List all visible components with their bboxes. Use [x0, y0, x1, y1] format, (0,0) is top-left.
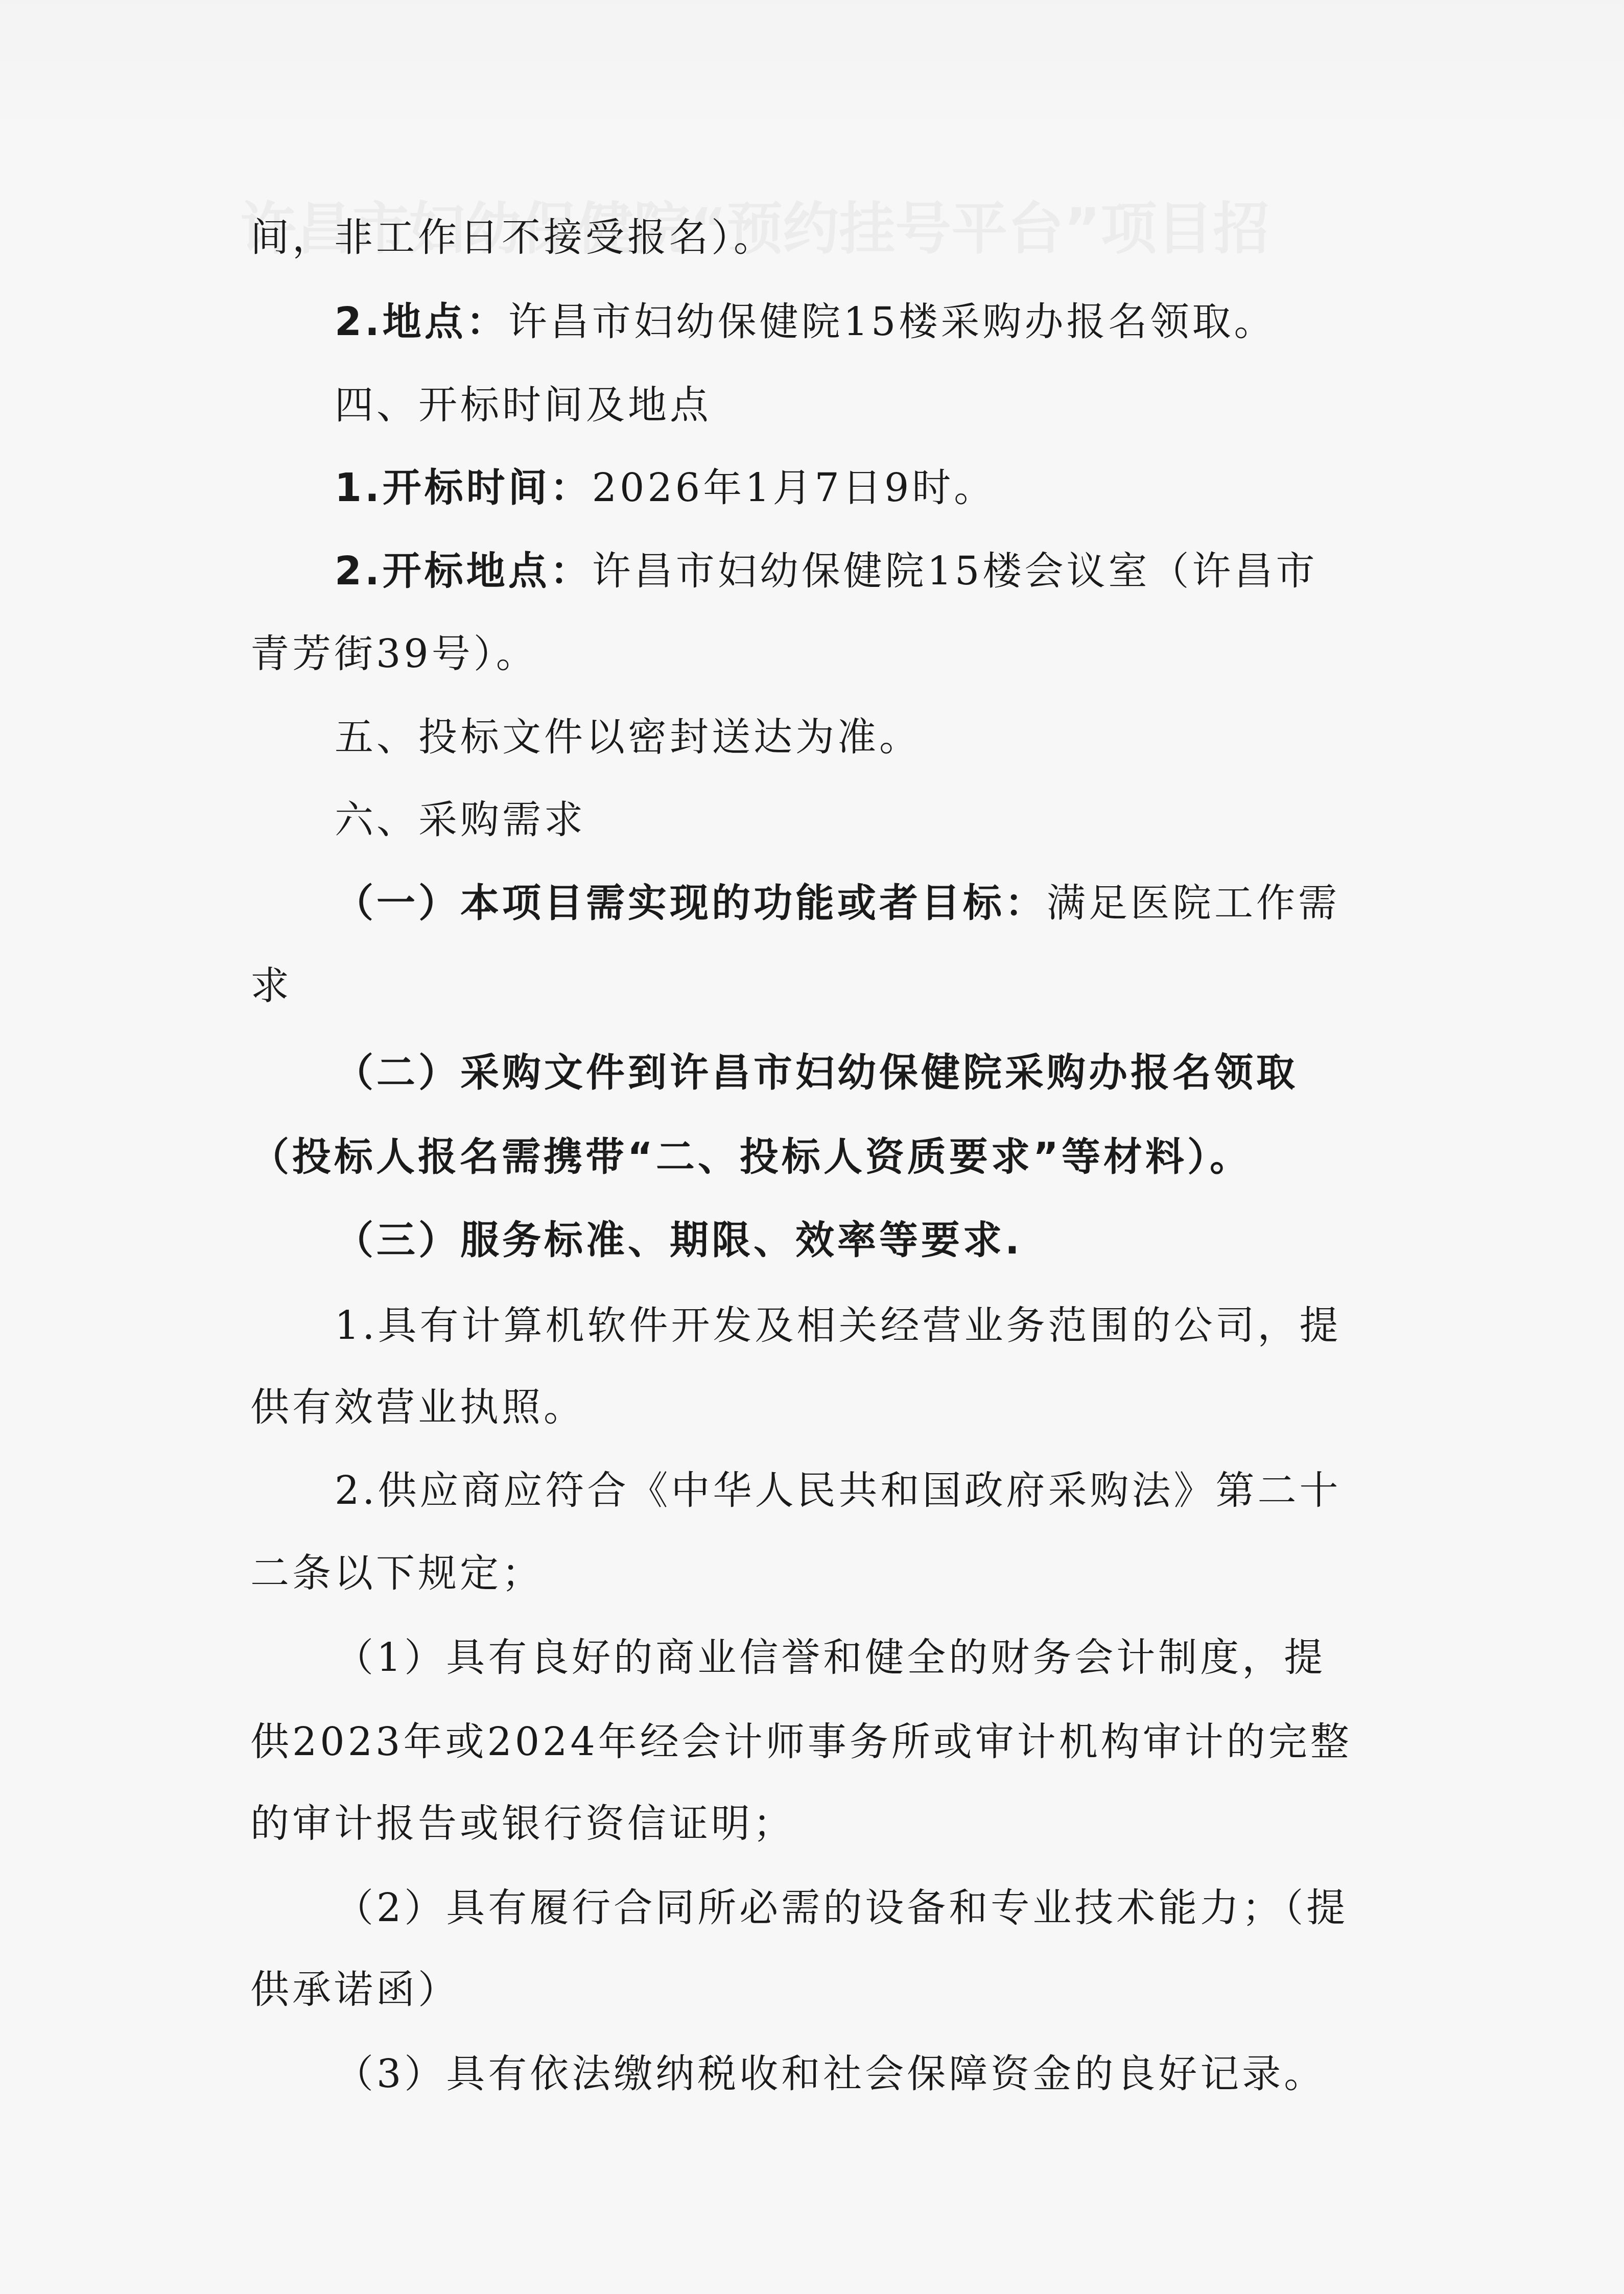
line-text: 供承诺函）: [250, 1967, 460, 2012]
text-line-23: （3）具有依法缴纳税收和社会保障资金的良好记录。: [335, 2043, 1469, 2104]
text-line-19: 供2023年或2024年经会计师事务所或审计机构审计的完整: [250, 1711, 1384, 1772]
line-text: 供有效营业执照。: [250, 1384, 585, 1430]
heading-text: 六、采购需求: [335, 797, 586, 842]
heading-text: 四、开标时间及地点: [335, 382, 712, 428]
section-heading-4: 四、开标时间及地点: [335, 374, 1469, 436]
text-line-11: （二）采购文件到许昌市妇幼保健院采购办报名领取: [335, 1042, 1469, 1103]
line-text: （三）服务标准、期限、效率等要求.: [335, 1217, 1023, 1263]
text-line-10: 求: [250, 955, 1384, 1016]
line-text: （1）具有良好的商业信誉和健全的财务会计制度，提: [335, 1635, 1326, 1680]
text-line-16: 2.供应商应符合《中华人民共和国政府采购法》第二十: [335, 1460, 1469, 1521]
line-label: （一）本项目需实现的功能或者目标：: [335, 880, 1047, 926]
line-text: 二条以下规定；: [250, 1550, 544, 1596]
text-line-9: （一）本项目需实现的功能或者目标：满足医院工作需: [335, 872, 1469, 934]
text-line-6: 青芳街39号）。: [250, 623, 1384, 684]
text-line-2: 2.地点：许昌市妇幼保健院15楼采购办报名领取。: [335, 291, 1469, 352]
text-line-12: （投标人报名需携带“二、投标人资质要求”等材料）。: [250, 1126, 1384, 1188]
line-text: 青芳街39号）。: [250, 631, 538, 676]
line-text: 2.供应商应符合《中华人民共和国政府采购法》第二十: [335, 1468, 1341, 1513]
text-line-14: 1.具有计算机软件开发及相关经营业务范围的公司，提: [335, 1295, 1469, 1356]
text-line-4: 1.开标时间：2026年1月7日9时。: [335, 457, 1469, 518]
line-label: 1.开标时间：: [335, 465, 592, 510]
line-text: 满足医院工作需: [1047, 880, 1340, 926]
line-text: 间，非工作日不接受报名）。: [250, 215, 775, 260]
text-line-13: （三）服务标准、期限、效率等要求.: [335, 1210, 1469, 1271]
line-text: 2026年1月7日9时。: [592, 465, 996, 510]
text-line-5: 2.开标地点：许昌市妇幼保健院15楼会议室（许昌市: [335, 540, 1469, 602]
section-heading-5: 五、投标文件以密封送达为准。: [335, 706, 1469, 768]
text-line-20: 的审计报告或银行资信证明；: [250, 1793, 1384, 1854]
section-heading-6: 六、采购需求: [335, 789, 1469, 850]
line-text: 的审计报告或银行资信证明；: [250, 1801, 795, 1846]
text-line-22: 供承诺函）: [250, 1959, 1384, 2020]
line-text: 许昌市妇幼保健院15楼会议室（许昌市: [592, 548, 1318, 594]
text-line-17: 二条以下规定；: [250, 1543, 1384, 1604]
document-page: 许昌市妇幼保健院“预约挂号平台”项目招 间，非工作日不接受报名）。 2.地点：许…: [0, 0, 1624, 2294]
line-text: 许昌市妇幼保健院15楼采购办报名领取。: [508, 299, 1276, 344]
line-label: 2.开标地点：: [335, 548, 592, 594]
line-text: 1.具有计算机软件开发及相关经营业务范围的公司，提: [335, 1303, 1341, 1348]
text-line-18: （1）具有良好的商业信誉和健全的财务会计制度，提: [335, 1627, 1469, 1688]
heading-text: 五、投标文件以密封送达为准。: [335, 714, 921, 760]
text-line-1: 间，非工作日不接受报名）。: [250, 207, 1384, 268]
line-label: 2.地点：: [335, 299, 508, 344]
line-text: （二）采购文件到许昌市妇幼保健院采购办报名领取: [335, 1050, 1298, 1095]
line-text: 供2023年或2024年经会计师事务所或审计机构审计的完整: [250, 1719, 1352, 1764]
line-text: （2）具有履行合同所必需的设备和专业技术能力；（提: [335, 1885, 1348, 1930]
text-line-21: （2）具有履行合同所必需的设备和专业技术能力；（提: [335, 1877, 1469, 1938]
text-line-15: 供有效营业执照。: [250, 1377, 1384, 1438]
line-text: （3）具有依法缴纳税收和社会保障资金的良好记录。: [335, 2051, 1326, 2096]
line-text: （投标人报名需携带“二、投标人资质要求”等材料）。: [250, 1134, 1252, 1179]
line-text: 求: [250, 963, 292, 1008]
